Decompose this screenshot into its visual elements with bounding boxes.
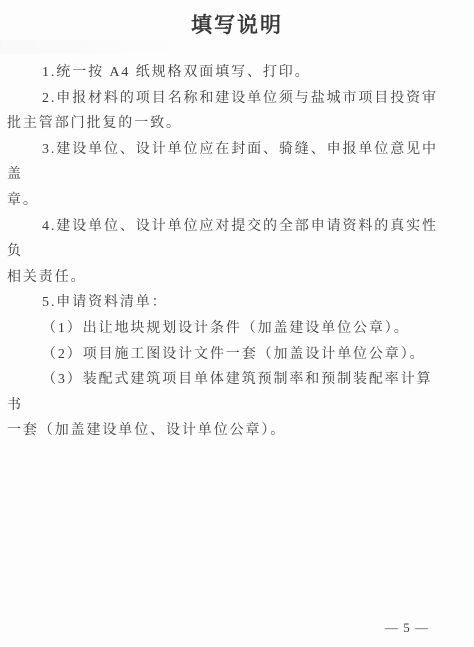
paragraph-item-2: 2.申报材料的项目名称和建设单位须与盐城市项目投资审 批主管部门批复的一致。	[7, 86, 438, 137]
paragraph-item-5: 5.申请资料清单：	[7, 290, 438, 316]
document-body: 1.统一按 A4 纸规格双面填写、打印。 2.申报材料的项目名称和建设单位须与盐…	[0, 39, 474, 444]
page-number: — 5 —	[385, 620, 429, 636]
document-page: 填写说明 1.统一按 A4 纸规格双面填写、打印。 2.申报材料的项目名称和建设…	[0, 0, 474, 647]
page-title: 填写说明	[0, 0, 474, 39]
paragraph-item-1: 1.统一按 A4 纸规格双面填写、打印。	[7, 60, 438, 86]
paragraph-item-4: 4.建设单位、设计单位应对提交的全部申请资料的真实性负 相关责任。	[7, 214, 438, 291]
paragraph-item-3: 3.建设单位、设计单位应在封面、骑缝、申报单位意见中盖 章。	[7, 137, 438, 214]
paragraph-subitem-1: （1）出让地块规划设计条件（加盖建设单位公章）。	[7, 316, 438, 342]
paragraph-subitem-3: （3）装配式建筑项目单体建筑预制率和预制装配率计算书 一套（加盖建设单位、设计单…	[7, 367, 438, 444]
paragraph-subitem-2: （2）项目施工图设计文件一套（加盖设计单位公章）。	[7, 342, 438, 368]
